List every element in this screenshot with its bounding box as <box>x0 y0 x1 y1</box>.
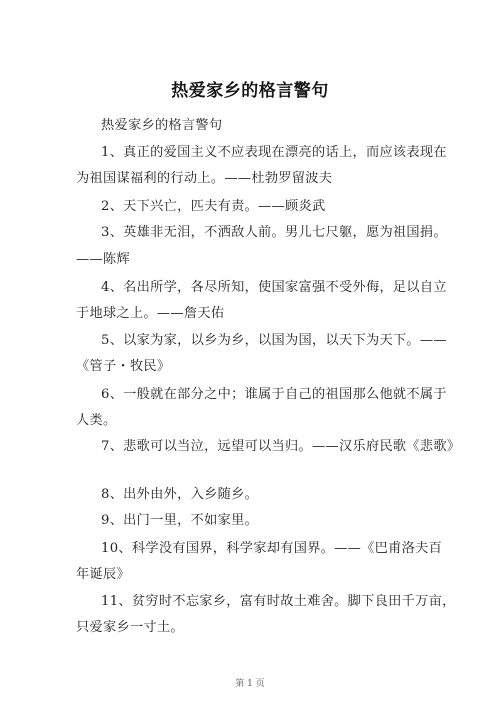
quote-10-line-1: 10、科学没有国界，科学家却有国界。——《巴甫洛夫百 <box>101 537 442 556</box>
quote-8: 8、出外由外，入乡随乡。 <box>101 483 258 502</box>
quote-10-line-2: 年诞辰》 <box>76 563 130 582</box>
quote-1-line-2: 为祖国谋福利的行动上。——杜勃罗留波夫 <box>76 167 332 186</box>
quote-7: 7、悲歌可以当泣，远望可以当归。——汉乐府民歌《悲歌》 <box>101 435 460 454</box>
quote-4-line-1: 4、名出所学，各尽所知，使国家富强不受外侮，足以自立 <box>101 276 447 295</box>
quote-6-line-2: 人类。 <box>76 409 116 428</box>
quote-11-line-1: 11、贫穷时不忘家乡，富有时故土难舍。脚下良田千万亩， <box>101 590 456 609</box>
document-title: 热爱家乡的格言警句 <box>0 76 500 101</box>
quote-5-line-2: 《管子・牧民》 <box>76 355 170 374</box>
quote-9: 9、出门一里，不如家里。 <box>101 509 258 528</box>
page-number: 第 1 页 <box>0 676 500 689</box>
quote-4-line-2: 于地球之上。——詹天佑 <box>76 302 224 321</box>
quote-2: 2、天下兴亡，匹夫有责。——顾炎武 <box>101 195 326 214</box>
quote-6-line-1: 6、一般就在部分之中；谁属于自己的祖国那么他就不属于 <box>101 383 447 402</box>
quote-1-line-1: 1、真正的爱国主义不应表现在漂亮的话上，而应该表现在 <box>101 141 447 160</box>
quote-3-line-2: ——陈辉 <box>76 248 130 267</box>
quote-5-line-1: 5、以家为家，以乡为乡，以国为国，以天下为天下。—— <box>101 329 447 348</box>
subtitle: 热爱家乡的格言警句 <box>101 114 222 133</box>
quote-11-line-2: 只爱家乡一寸土。 <box>76 616 184 635</box>
quote-3-line-1: 3、英雄非无泪，不洒敌人前。男儿七尺躯，愿为祖国捐。 <box>101 221 447 240</box>
